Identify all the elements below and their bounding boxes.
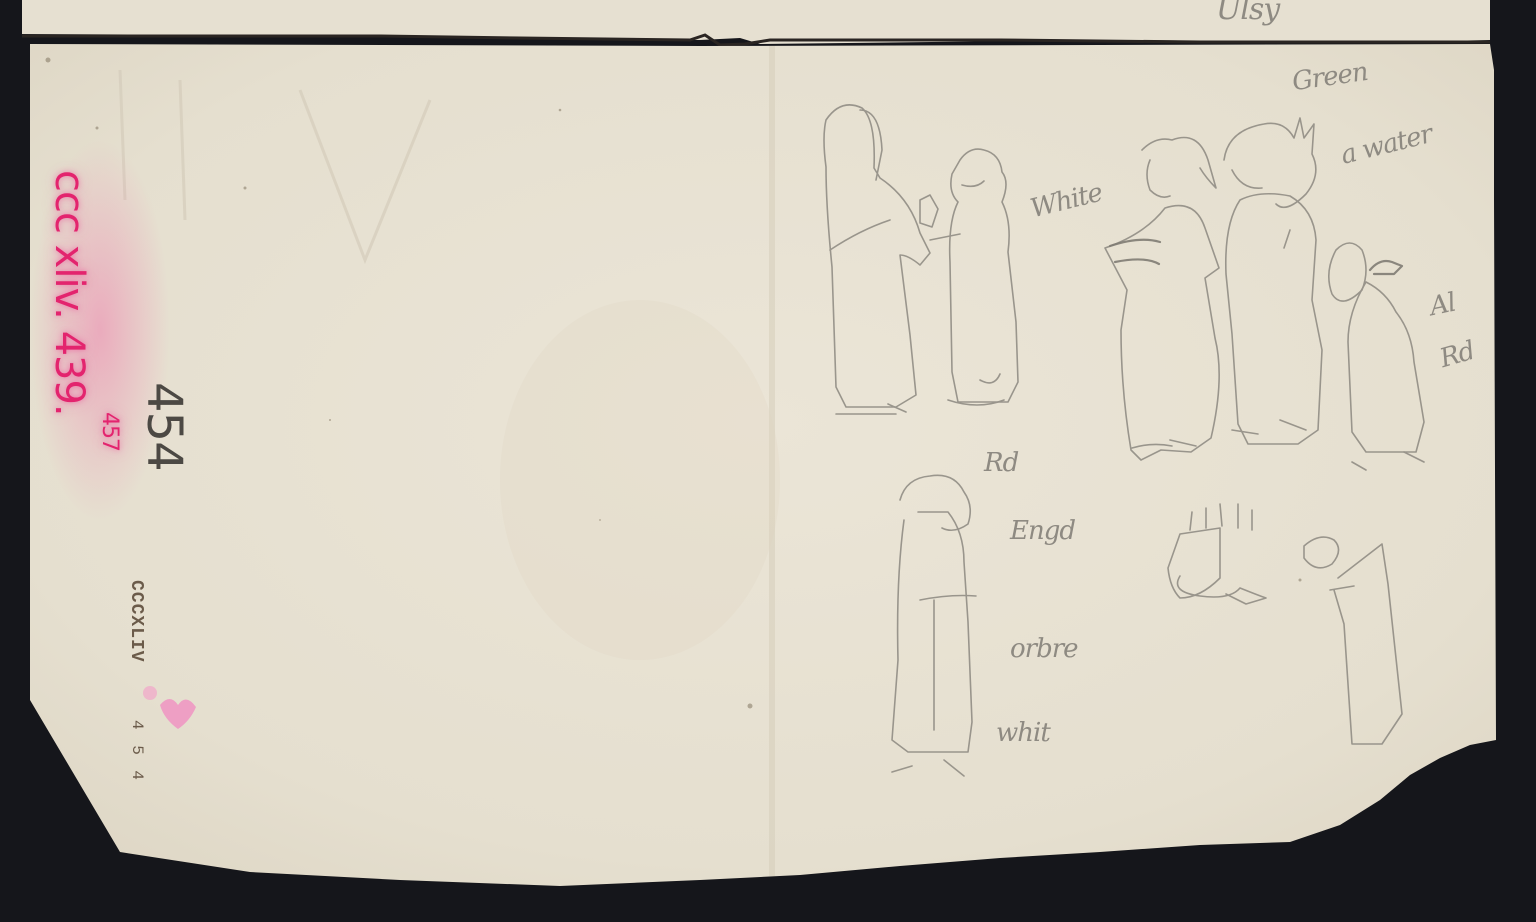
annotation-engd: Engd	[1010, 516, 1075, 546]
annotation-rd: Rd	[984, 448, 1018, 478]
stain	[500, 300, 780, 660]
annotation-whit: whit	[996, 718, 1050, 748]
collection-stamp-number: 4 5 4	[128, 720, 146, 783]
magenta-small-number: 457	[97, 412, 122, 451]
pink-dot	[143, 686, 157, 700]
magenta-catalogue-number: ccc xliv. 439.	[46, 170, 92, 416]
collection-stamp: CCCXLIV	[126, 580, 146, 663]
top-partial-note: Ulsy	[1216, 0, 1279, 27]
graphite-number: 454	[136, 382, 192, 471]
annotation-orbre: orbre	[1010, 634, 1078, 664]
sketchbook-scan	[0, 0, 1536, 922]
